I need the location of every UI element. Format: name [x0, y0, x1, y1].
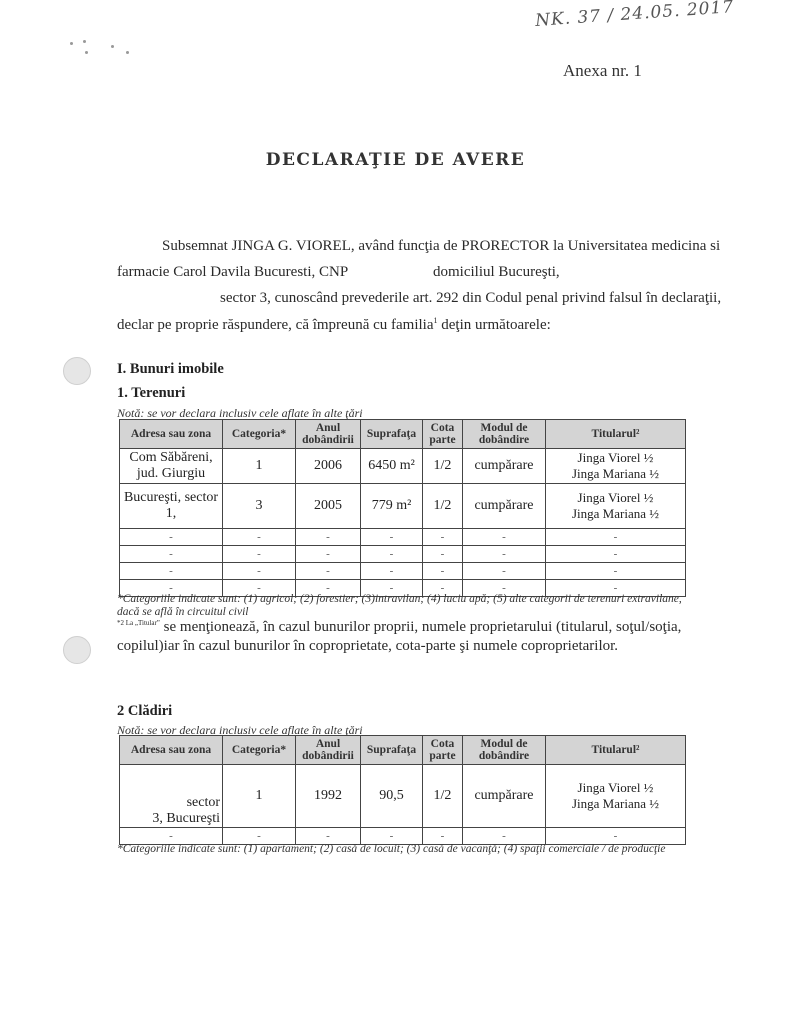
intro-line-2b: domiciliul Bucureşti, — [433, 264, 560, 281]
table-row: ------- — [120, 563, 686, 580]
column-header: Modul de dobândire — [463, 420, 546, 449]
table-row: Bucureşti, sector 1,32005779 m²1/2cumpăr… — [120, 484, 686, 529]
punch-hole — [63, 636, 91, 664]
intro-line-1: Subsemnat JINGA G. VIOREL, având funcţia… — [162, 238, 720, 255]
table-cell: cumpărare — [463, 449, 546, 484]
column-header: Cota parte — [423, 736, 463, 765]
table-row: sector 3, Bucureşti1199290,51/2cumpărare… — [120, 765, 686, 828]
table-cell: - — [296, 563, 361, 580]
table-row: ------- — [120, 529, 686, 546]
table-cell: Jinga Viorel ½ Jinga Mariana ½ — [546, 449, 686, 484]
table-cell: - — [120, 546, 223, 563]
table-cell: - — [361, 529, 423, 546]
table-cell: - — [463, 828, 546, 845]
punch-hole — [63, 357, 91, 385]
document-title: DECLARAŢIE DE AVERE — [0, 150, 791, 170]
table-cell: 6450 m² — [361, 449, 423, 484]
cladiri-table: Adresa sau zonaCategoria*Anul dobândirii… — [119, 735, 686, 845]
table-cell: Jinga Viorel ½ Jinga Mariana ½ — [546, 765, 686, 828]
column-header: Modul de dobândire — [463, 736, 546, 765]
scan-specks — [0, 0, 100, 60]
column-header: Anul dobândirii — [296, 736, 361, 765]
terenuri-footnote-1: *Categoriile indicate sunt: (1) agricol;… — [117, 593, 682, 605]
column-header: Titularul² — [546, 420, 686, 449]
table-cell: - — [223, 563, 296, 580]
table-cell: sector 3, Bucureşti — [120, 765, 223, 828]
table-cell: 1/2 — [423, 449, 463, 484]
table-cell: - — [361, 828, 423, 845]
table-cell: - — [120, 828, 223, 845]
table-cell: - — [223, 546, 296, 563]
subsection-heading-terenuri: 1. Terenuri — [117, 385, 185, 402]
annex-label: Anexa nr. 1 — [563, 61, 642, 81]
table-cell: 2005 — [296, 484, 361, 529]
table-cell: - — [423, 563, 463, 580]
terenuri-table: Adresa sau zonaCategoria*Anul dobândirii… — [119, 419, 686, 597]
table-cell: - — [296, 529, 361, 546]
column-header: Adresa sau zona — [120, 736, 223, 765]
table-cell: 1/2 — [423, 484, 463, 529]
table-cell: - — [223, 828, 296, 845]
table-cell: 1/2 — [423, 765, 463, 828]
column-header: Cota parte — [423, 420, 463, 449]
terenuri-footnote-1b: dacă se află în circuitul civil — [117, 606, 248, 618]
table-cell: - — [423, 529, 463, 546]
table-cell: 3 — [223, 484, 296, 529]
column-header: Categoria* — [223, 420, 296, 449]
table-row: ------- — [120, 546, 686, 563]
table-cell: Com Săbăreni, jud. Giurgiu — [120, 449, 223, 484]
intro-line-2a: farmacie Carol Davila Bucuresti, CNP — [117, 264, 348, 281]
table-cell: 2006 — [296, 449, 361, 484]
table-cell: 90,5 — [361, 765, 423, 828]
table-cell: - — [120, 563, 223, 580]
table-cell: 779 m² — [361, 484, 423, 529]
table-cell: cumpărare — [463, 765, 546, 828]
table-cell: 1 — [223, 765, 296, 828]
intro-line-4: declar pe proprie răspundere, că împreun… — [117, 316, 551, 334]
table-cell: - — [120, 529, 223, 546]
table-cell: - — [296, 828, 361, 845]
table-header-row: Adresa sau zonaCategoria*Anul dobândirii… — [120, 736, 686, 765]
column-header: Categoria* — [223, 736, 296, 765]
table-cell: Bucureşti, sector 1, — [120, 484, 223, 529]
table-cell: - — [546, 563, 686, 580]
table-cell: - — [463, 546, 546, 563]
titular-footnote-line-2: copilul)iar în cazul bunurilor în coprop… — [117, 638, 618, 655]
section-heading-bunuri-imobile: I. Bunuri imobile — [117, 361, 224, 378]
table-cell: - — [361, 546, 423, 563]
handwritten-registration-note: NK. 37 / 24.05. 2017 — [535, 0, 735, 31]
table-row: Com Săbăreni, jud. Giurgiu120066450 m²1/… — [120, 449, 686, 484]
table-cell: - — [546, 529, 686, 546]
table-cell: 1 — [223, 449, 296, 484]
column-header: Adresa sau zona — [120, 420, 223, 449]
table-cell: - — [361, 563, 423, 580]
table-cell: - — [546, 546, 686, 563]
column-header: Titularul² — [546, 736, 686, 765]
table-cell: - — [463, 529, 546, 546]
table-row: ------- — [120, 828, 686, 845]
table-cell: - — [463, 563, 546, 580]
table-cell: - — [223, 529, 296, 546]
table-header-row: Adresa sau zonaCategoria*Anul dobândirii… — [120, 420, 686, 449]
table-cell: - — [546, 828, 686, 845]
column-header: Suprafaţa — [361, 736, 423, 765]
intro-line-3: sector 3, cunoscând prevederile art. 292… — [220, 290, 721, 307]
column-header: Anul dobândirii — [296, 420, 361, 449]
column-header: Suprafaţa — [361, 420, 423, 449]
table-cell: 1992 — [296, 765, 361, 828]
titular-footnote-line-1: *2 La „Titular” se menţionează, în cazul… — [117, 619, 681, 636]
subsection-heading-cladiri: 2 Clădiri — [117, 703, 172, 720]
table-cell: - — [296, 546, 361, 563]
table-cell: cumpărare — [463, 484, 546, 529]
table-cell: - — [423, 546, 463, 563]
table-cell: - — [423, 828, 463, 845]
cladiri-footnote: *Categoriile indicate sunt: (1) apartame… — [117, 843, 665, 855]
table-cell: Jinga Viorel ½ Jinga Mariana ½ — [546, 484, 686, 529]
